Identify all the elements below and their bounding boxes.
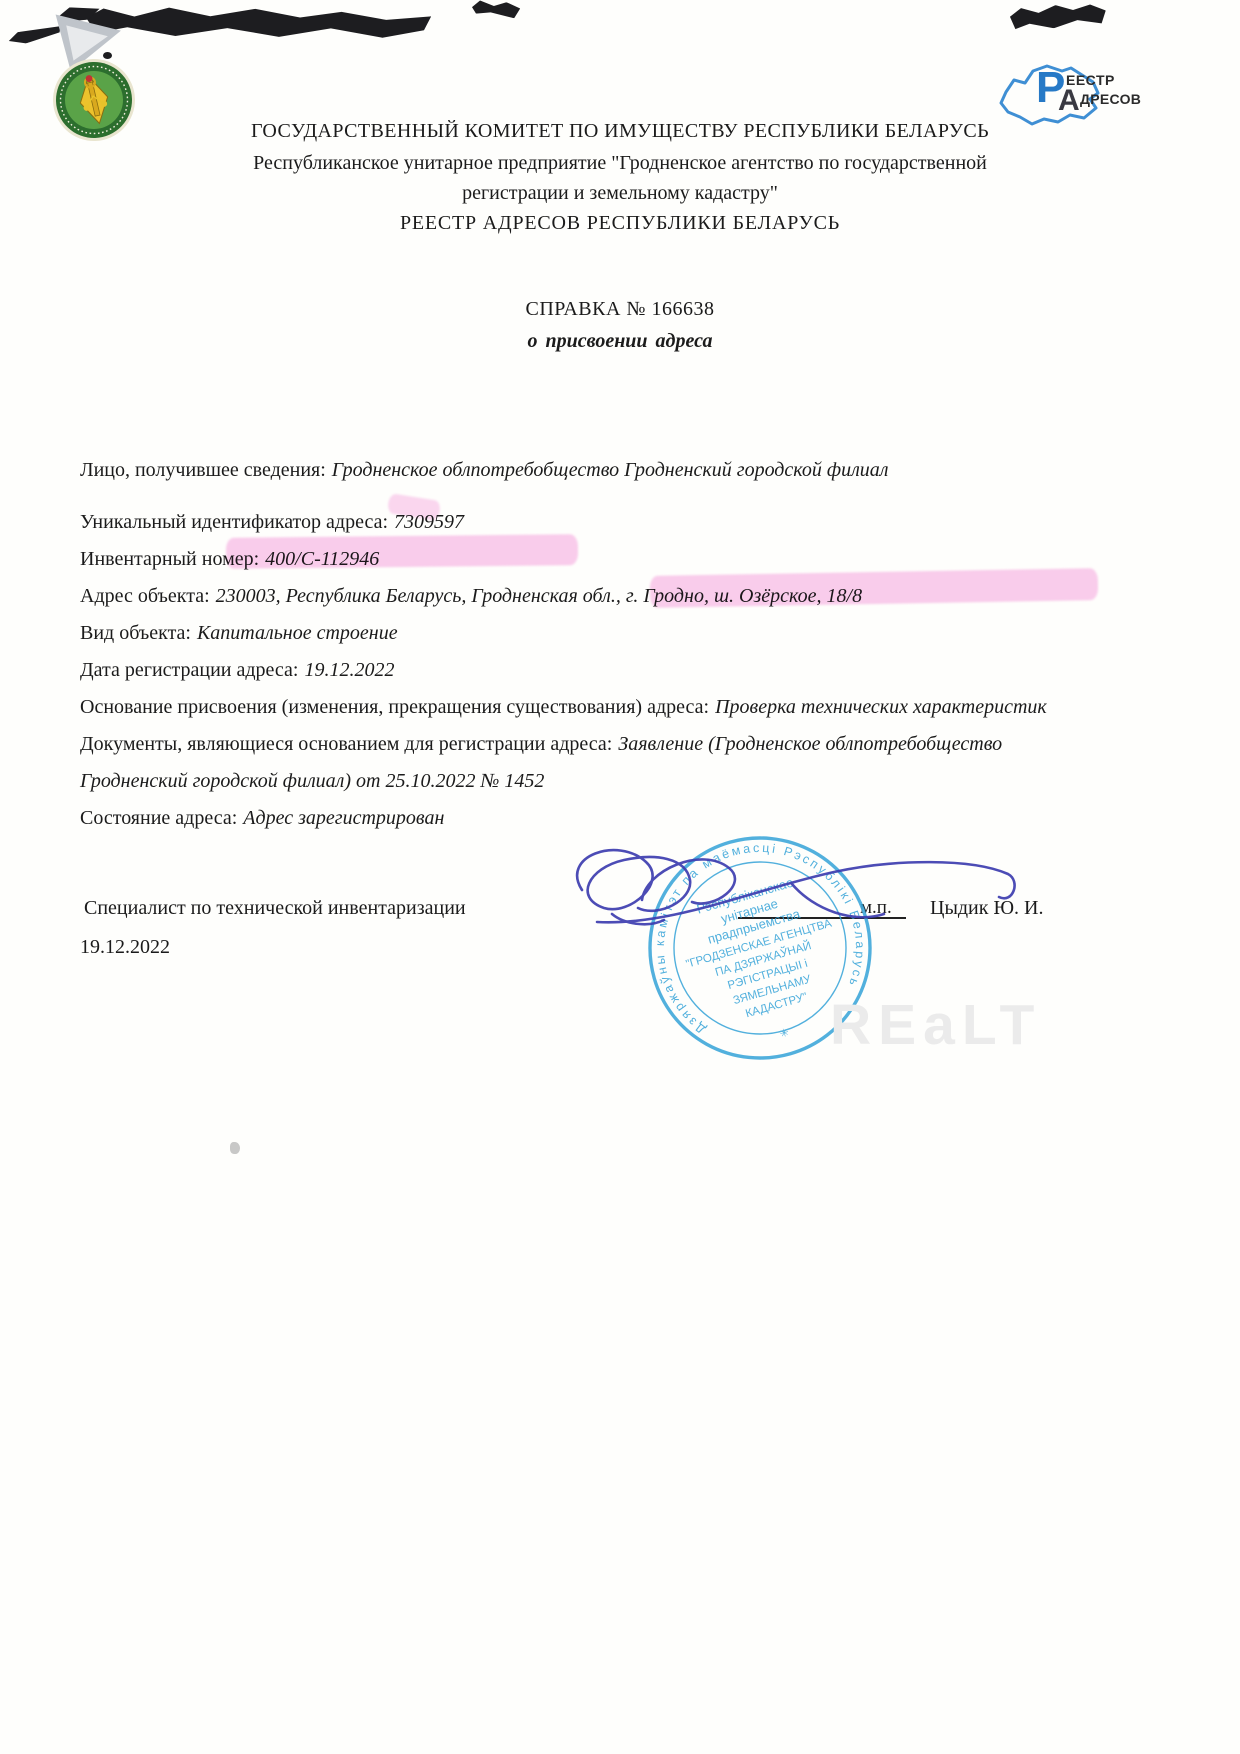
document-page: Р ЕЕСТР А ДРЕСОВ ГОСУДАРСТВЕННЫЙ КОМИТЕТ… <box>0 0 1240 1754</box>
field-object-address-value: 230003, Республика Беларусь, Гродненская… <box>216 585 862 607</box>
field-basis-documents-label: Документы, являющиеся основанием для рег… <box>80 733 612 755</box>
handwritten-signature <box>552 828 1032 958</box>
header-enterprise-line1: Республиканское унитарное предприятие "Г… <box>0 152 1240 175</box>
field-object-type: Вид объекта:Капитальное строение <box>80 615 1100 652</box>
field-basis-documents: Документы, являющиеся основанием для рег… <box>80 726 1100 800</box>
field-registration-date: Дата регистрации адреса:19.12.2022 <box>80 652 1100 689</box>
field-assignment-basis-value: Проверка технических характеристик <box>715 696 1047 718</box>
field-registration-date-value: 19.12.2022 <box>304 659 394 681</box>
field-recipient: Лицо, получившее сведения:Гродненское об… <box>80 452 1100 489</box>
certificate-number-title: СПРАВКА № 166638 <box>0 298 1240 321</box>
header-registry-line: РЕЕСТР АДРЕСОВ РЕСПУБЛИКИ БЕЛАРУСЬ <box>0 212 1240 235</box>
header-enterprise-line2: регистрации и земельному кадастру" <box>0 182 1240 205</box>
field-address-status-value: Адрес зарегистрирован <box>243 807 444 829</box>
field-assignment-basis: Основание присвоения (изменения, прекращ… <box>80 689 1100 726</box>
field-recipient-label: Лицо, получившее сведения: <box>80 459 326 481</box>
field-inventory-number: Инвентарный номер:400/С-112946 <box>80 541 1100 578</box>
field-inventory-number-value: 400/С-112946 <box>265 548 379 570</box>
field-object-type-value: Капитальное строение <box>197 622 398 644</box>
fields-block: Лицо, получившее сведения:Гродненское об… <box>80 452 1100 837</box>
field-registration-date-label: Дата регистрации адреса: <box>80 659 298 681</box>
scan-artifact-top-strip <box>86 3 432 42</box>
scan-artifact-top-right <box>1009 3 1106 31</box>
field-unique-id: Уникальный идентификатор адреса:7309597 <box>80 504 1100 541</box>
field-inventory-number-label: Инвентарный номер: <box>80 548 259 570</box>
field-recipient-value: Гродненское облпотребобщество Гродненски… <box>332 459 889 481</box>
signatory-role: Специалист по технической инвентаризации <box>84 897 466 920</box>
scan-artifact-speck <box>230 1142 240 1154</box>
watermark: REaLT <box>830 992 1041 1058</box>
field-address-status-label: Состояние адреса: <box>80 807 237 829</box>
signature-date: 19.12.2022 <box>80 936 170 959</box>
field-unique-id-label: Уникальный идентификатор адреса: <box>80 511 388 533</box>
field-object-address-label: Адрес объекта: <box>80 585 210 607</box>
field-unique-id-value: 7309597 <box>394 511 464 533</box>
field-assignment-basis-label: Основание присвоения (изменения, прекращ… <box>80 696 709 718</box>
field-object-address: Адрес объекта:230003, Республика Беларус… <box>80 578 1100 615</box>
logo-word-dresov: ДРЕСОВ <box>1080 91 1141 107</box>
scan-artifact-left-slash <box>7 22 63 48</box>
certificate-subtitle: о присвоении адреса <box>0 330 1240 353</box>
header-committee-line: ГОСУДАРСТВЕННЫЙ КОМИТЕТ ПО ИМУЩЕСТВУ РЕС… <box>0 120 1240 143</box>
field-object-type-label: Вид объекта: <box>80 622 191 644</box>
scan-artifact-top-small <box>471 0 520 19</box>
logo-letter-a: А <box>1058 86 1080 116</box>
